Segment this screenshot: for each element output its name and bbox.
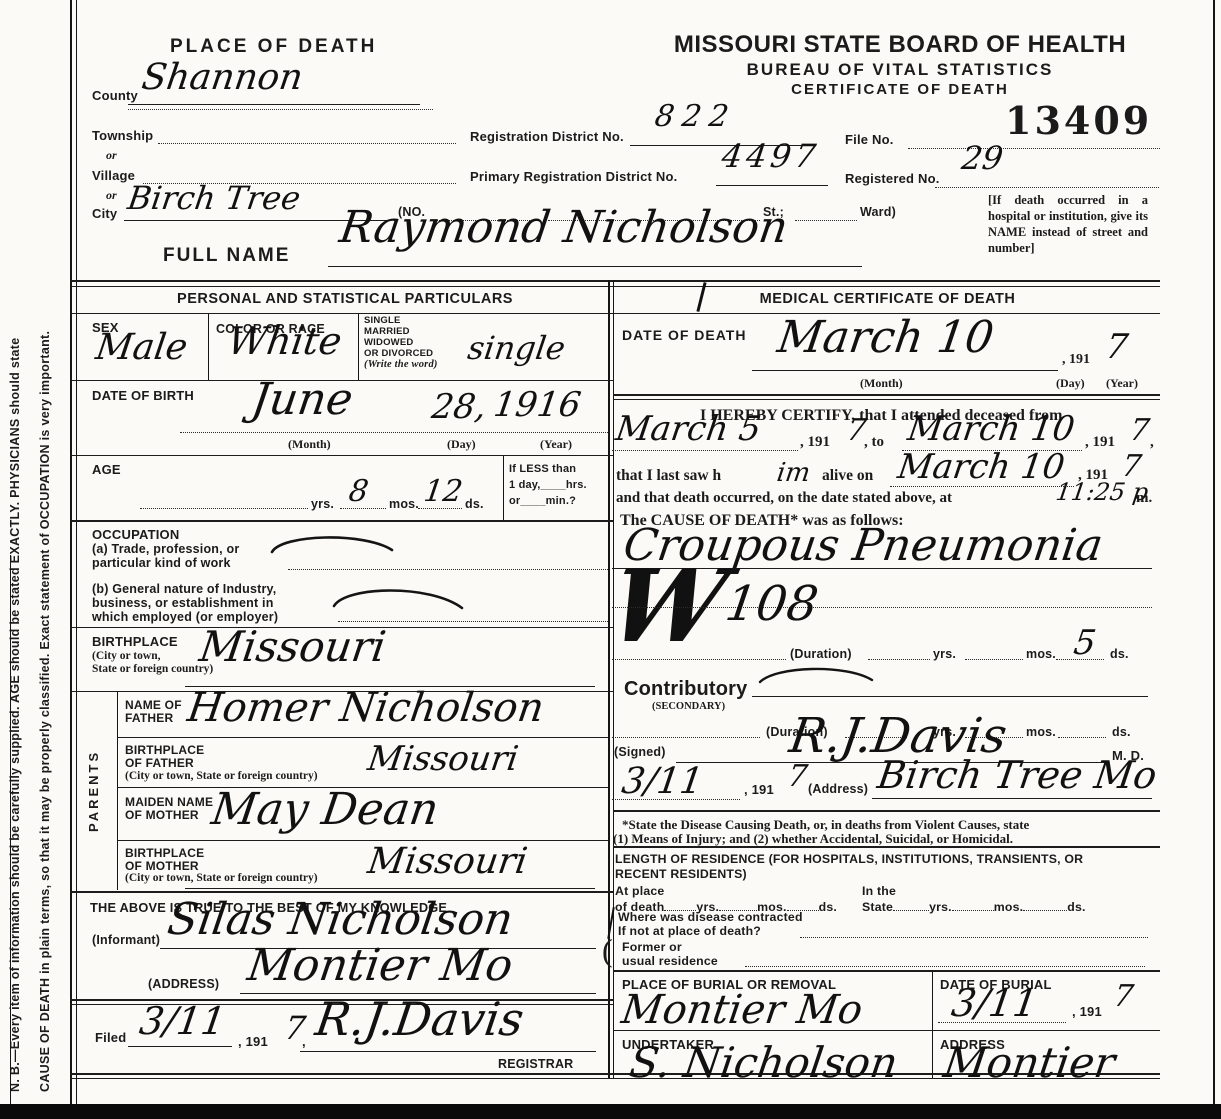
rule	[158, 143, 456, 144]
undertaker-address-value: Montier	[941, 1042, 1117, 1084]
duration-years-label: yrs.	[933, 647, 956, 661]
father-name-label-1: NAME OF	[125, 698, 182, 712]
occupation-label: OCCUPATION	[92, 527, 179, 542]
former-residence-label-1: Former or	[622, 940, 682, 954]
ds-label: ds.	[819, 900, 837, 914]
physician-address-value: Birch Tree Mo	[875, 756, 1159, 794]
year-sublabel: (Year)	[1106, 376, 1138, 391]
burial-date-value: 3/11	[949, 984, 1040, 1022]
hospital-note: [If death occurred in a hospital or inst…	[988, 192, 1148, 256]
death-occurred-text: and that death occurred, on the date sta…	[616, 490, 952, 507]
rule	[613, 970, 1160, 972]
undertaker-value: S. Nicholson	[627, 1042, 900, 1084]
rule	[418, 508, 462, 509]
rule	[128, 104, 420, 105]
color-race-value: White	[225, 322, 344, 360]
mother-maiden-name-label-2: OF MOTHER	[125, 808, 199, 822]
day-sublabel: (Day)	[447, 437, 476, 452]
registration-district-value: 822	[653, 102, 738, 132]
mother-birthplace-label-2: OF MOTHER	[125, 859, 199, 873]
rule	[180, 432, 608, 433]
last-saw-text-2: alive on	[822, 467, 873, 485]
former-residence-label-2: usual residence	[622, 954, 718, 968]
duration-days-label-2: ds.	[1112, 725, 1131, 739]
age-months-value: 8	[347, 477, 370, 507]
cell-divider	[358, 313, 359, 380]
birth-year-value: 1916	[492, 388, 583, 422]
cause-code-value: 108	[723, 580, 821, 628]
rule	[716, 185, 828, 186]
rule	[612, 737, 760, 738]
age-days-value: 12	[422, 477, 464, 507]
margin-rule	[10, 555, 11, 1104]
month-sublabel: (Month)	[860, 376, 903, 391]
ward-label: Ward)	[860, 205, 896, 219]
file-no-label: File No.	[845, 132, 894, 147]
rule	[800, 937, 1148, 938]
form-left-border-inner	[76, 0, 77, 1104]
father-name-label-2: FATHER	[125, 711, 173, 725]
date-of-death-value: March 10	[775, 316, 996, 360]
rule	[613, 846, 1160, 848]
mother-birthplace-label-1: BIRTHPLACE	[125, 846, 204, 860]
rule	[613, 394, 1160, 396]
registration-district-label: Registration District No.	[470, 129, 624, 144]
informant-address-value: Montier Mo	[245, 944, 515, 988]
rule	[613, 810, 1160, 812]
physician-address-label: (Address)	[808, 782, 868, 796]
filed-label: Filed	[95, 1030, 126, 1045]
year-sublabel: (Year)	[540, 437, 572, 452]
note-line: or____min.?	[509, 493, 587, 509]
pen-swoosh	[756, 664, 876, 688]
age-months-label: mos.	[389, 497, 419, 511]
month-sublabel: (Month)	[288, 437, 331, 452]
in-state-row: Stateyrs.mos.ds.	[862, 899, 1086, 914]
last-saw-text-1: that I last saw h	[616, 467, 721, 485]
registered-no-value: 29	[960, 142, 1005, 174]
date-of-death-label: DATE OF DEATH	[622, 327, 746, 343]
birthplace-sublabel-2: State or foreign country)	[92, 663, 213, 675]
death-certificate-document: N. B.—Every item of information should b…	[0, 0, 1221, 1119]
duration-days-value: 5	[1072, 626, 1098, 660]
duration-months-label-2: mos.	[1026, 725, 1056, 739]
occupation-a-line2: particular kind of work	[92, 556, 231, 570]
informant-address-label: (ADDRESS)	[148, 977, 219, 991]
rule	[613, 399, 1160, 400]
last-saw-him-hw: im	[775, 460, 812, 486]
cell-divider	[208, 313, 209, 380]
rule	[890, 486, 1074, 487]
filed-year-printed: , 191	[238, 1034, 268, 1049]
informant-label: (Informant)	[92, 933, 160, 947]
primary-registration-value: 4497	[720, 140, 822, 172]
duration-months-label: mos.	[1026, 647, 1056, 661]
disease-contracted-label-2: If not at place of death?	[618, 924, 761, 938]
to-label: , to	[864, 434, 884, 451]
form-right-border	[1213, 0, 1215, 1104]
blank	[1023, 899, 1067, 911]
marital-line: SINGLE	[364, 315, 438, 326]
rule	[70, 286, 1160, 287]
medical-section-title: MEDICAL CERTIFICATE OF DEATH	[615, 291, 1160, 307]
place-of-death-title: PLACE OF DEATH	[170, 36, 377, 58]
attended-to-date: March 10	[906, 412, 1077, 446]
rule	[613, 1030, 1160, 1031]
county-label: County	[92, 88, 138, 103]
rule	[938, 1022, 1066, 1023]
registered-no-label: Registered No.	[845, 171, 940, 186]
marital-status-value: single	[466, 332, 567, 364]
rule	[612, 450, 798, 451]
township-label: Township	[92, 128, 153, 143]
duration-days-label: ds.	[1110, 647, 1129, 661]
burial-cell-divider	[932, 970, 933, 1078]
pen-swoosh	[330, 584, 470, 614]
signed-year-printed: , 191	[744, 782, 774, 797]
rule	[1058, 737, 1106, 738]
pen-swoosh	[268, 532, 398, 558]
father-birthplace-label-1: BIRTHPLACE	[125, 743, 204, 757]
age-days-label: ds.	[465, 497, 484, 511]
comma: ,	[1150, 434, 1154, 451]
rule	[70, 280, 1160, 282]
occupation-b-line1: (b) General nature of Industry,	[92, 582, 276, 596]
rule	[752, 696, 1148, 697]
residence-title-line-2: RECENT RESIDENTS)	[615, 867, 747, 881]
certificate-title: CERTIFICATE OF DEATH	[630, 81, 1170, 98]
year-printed: , 191	[800, 434, 830, 451]
board-title: MISSOURI STATE BOARD OF HEALTH	[630, 31, 1170, 59]
rule	[745, 966, 1145, 967]
rule	[872, 798, 1152, 799]
rule	[935, 187, 1159, 188]
birth-day-value: 28,	[430, 390, 489, 424]
birthplace-value: Missouri	[197, 626, 388, 668]
date-of-birth-label: DATE OF BIRTH	[92, 388, 194, 403]
burial-place-value: Montier Mo	[619, 990, 865, 1030]
father-birthplace-label-2: OF FATHER	[125, 756, 194, 770]
occupation-b-line2: business, or establishment in	[92, 596, 274, 610]
rule	[128, 1046, 232, 1047]
footnote-line-2: (1) Means of Injury; and (2) whether Acc…	[613, 831, 1013, 847]
file-no-stamp: 13409	[1005, 98, 1152, 143]
rule	[612, 799, 740, 800]
registrar-label: REGISTRAR	[498, 1057, 573, 1071]
death-time-m-label: m.	[1136, 490, 1152, 507]
attended-from-date: March 5	[614, 412, 763, 446]
rule	[140, 508, 308, 509]
village-label: Village	[92, 168, 135, 183]
rule	[117, 737, 608, 738]
mother-maiden-name-label-1: MAIDEN NAME	[125, 795, 213, 809]
if-less-than-note: If LESS than 1 day,____hrs. or____min.?	[509, 461, 587, 509]
contributory-label: Contributory	[624, 678, 748, 701]
pen-mark-large: W	[601, 556, 735, 656]
marital-line: WIDOWED	[364, 337, 438, 348]
pen-brace: (	[602, 932, 613, 969]
parents-band-divider	[117, 691, 118, 890]
rule	[70, 313, 613, 314]
year-printed: , 191	[1085, 434, 1115, 451]
rule	[612, 659, 786, 660]
father-name-value: Homer Nicholson	[185, 688, 546, 728]
rule	[70, 520, 613, 522]
cell-divider	[503, 455, 504, 520]
form-left-border	[70, 0, 72, 1104]
mother-birthplace-value: Missouri	[365, 844, 529, 880]
residence-title-line-1: LENGTH OF RESIDENCE (FOR HOSPITALS, INST…	[615, 852, 1083, 866]
age-label: AGE	[92, 462, 121, 477]
county-value: Shannon	[139, 60, 305, 96]
note-line: If LESS than	[509, 461, 587, 477]
day-sublabel: (Day)	[1056, 376, 1085, 391]
filed-date-value: 3/11	[137, 1002, 228, 1040]
duration-label: (Duration)	[790, 647, 852, 661]
rule	[117, 840, 608, 841]
city-label: City	[92, 206, 117, 221]
disease-contracted-label-1: Where was disease contracted	[618, 910, 803, 924]
primary-registration-label: Primary Registration District No.	[470, 169, 677, 184]
rule	[328, 266, 862, 267]
secondary-label: (SECONDARY)	[652, 701, 725, 712]
informant-value: Silas Nicholson	[165, 898, 516, 942]
rule	[288, 569, 608, 570]
rule	[128, 109, 433, 110]
sex-value: Male	[93, 330, 189, 366]
father-birthplace-value: Missouri	[366, 742, 521, 776]
rule	[1056, 659, 1104, 660]
rule	[612, 607, 1152, 608]
blank	[893, 899, 929, 911]
death-year-printed: , 191	[1062, 352, 1090, 368]
ds-label: ds.	[1067, 900, 1085, 914]
city-value: Birch Tree	[126, 182, 303, 214]
rule	[185, 888, 595, 889]
bureau-title: BUREAU OF VITAL STATISTICS	[630, 60, 1170, 80]
last-saw-date: March 10	[896, 450, 1067, 484]
or-label: or	[106, 148, 117, 163]
birth-month-value: June	[249, 378, 356, 422]
margin-note-line-2: CAUSE OF DEATH in plain terms, so that i…	[38, 28, 52, 1092]
in-state-label-2: State	[862, 900, 893, 914]
age-years-label: yrs.	[311, 497, 334, 511]
full-name-value: Raymond Nicholson	[337, 206, 791, 250]
rule	[795, 220, 857, 221]
burial-year-printed: , 191	[1072, 1004, 1102, 1019]
rule	[70, 891, 613, 893]
rule	[340, 508, 386, 509]
rule	[908, 148, 1160, 149]
marital-status-label: SINGLE MARRIED WIDOWED OR DIVORCED (Writ…	[364, 315, 438, 370]
birthplace-label: BIRTHPLACE	[92, 634, 178, 649]
rule	[868, 659, 930, 660]
rule	[752, 370, 1058, 371]
rule	[300, 1051, 596, 1052]
scan-edge-bar	[0, 1104, 1221, 1119]
signed-label: (Signed)	[614, 745, 666, 759]
burial-year-value: 7	[1112, 982, 1135, 1012]
marital-line: OR DIVORCED	[364, 348, 438, 359]
yrs-label: yrs.	[929, 900, 952, 914]
signed-year-value: 7	[786, 762, 809, 792]
parents-vertical-label: PARENTS	[86, 693, 116, 889]
marital-line: MARRIED	[364, 326, 438, 337]
at-place-label-1: At place	[615, 884, 664, 898]
mother-birthplace-sublabel: (City or town, State or foreign country)	[125, 872, 318, 884]
personal-section-title: PERSONAL AND STATISTICAL PARTICULARS	[85, 291, 605, 307]
in-state-label-1: In the	[862, 884, 896, 898]
father-birthplace-sublabel: (City or town, State or foreign country)	[125, 770, 318, 782]
marital-line: (Write the word)	[364, 359, 438, 370]
attended-to-year: 7	[1128, 416, 1151, 446]
death-year-value: 7	[1104, 330, 1130, 364]
occupation-a-line1: (a) Trade, profession, or	[92, 542, 239, 556]
mos-label: mos.	[994, 900, 1024, 914]
full-name-label: FULL NAME	[163, 245, 290, 267]
or-label: or	[106, 188, 117, 203]
rule	[965, 659, 1023, 660]
filed-signature: R.J.Davis	[313, 996, 527, 1042]
rule	[70, 455, 613, 456]
comma: ,	[302, 1034, 306, 1049]
blank	[952, 899, 994, 911]
signed-date-value: 3/11	[619, 764, 705, 800]
birthplace-sublabel-1: (City or town,	[92, 650, 160, 662]
note-line: 1 day,____hrs.	[509, 477, 587, 493]
mother-maiden-name-value: May Dean	[209, 788, 441, 832]
